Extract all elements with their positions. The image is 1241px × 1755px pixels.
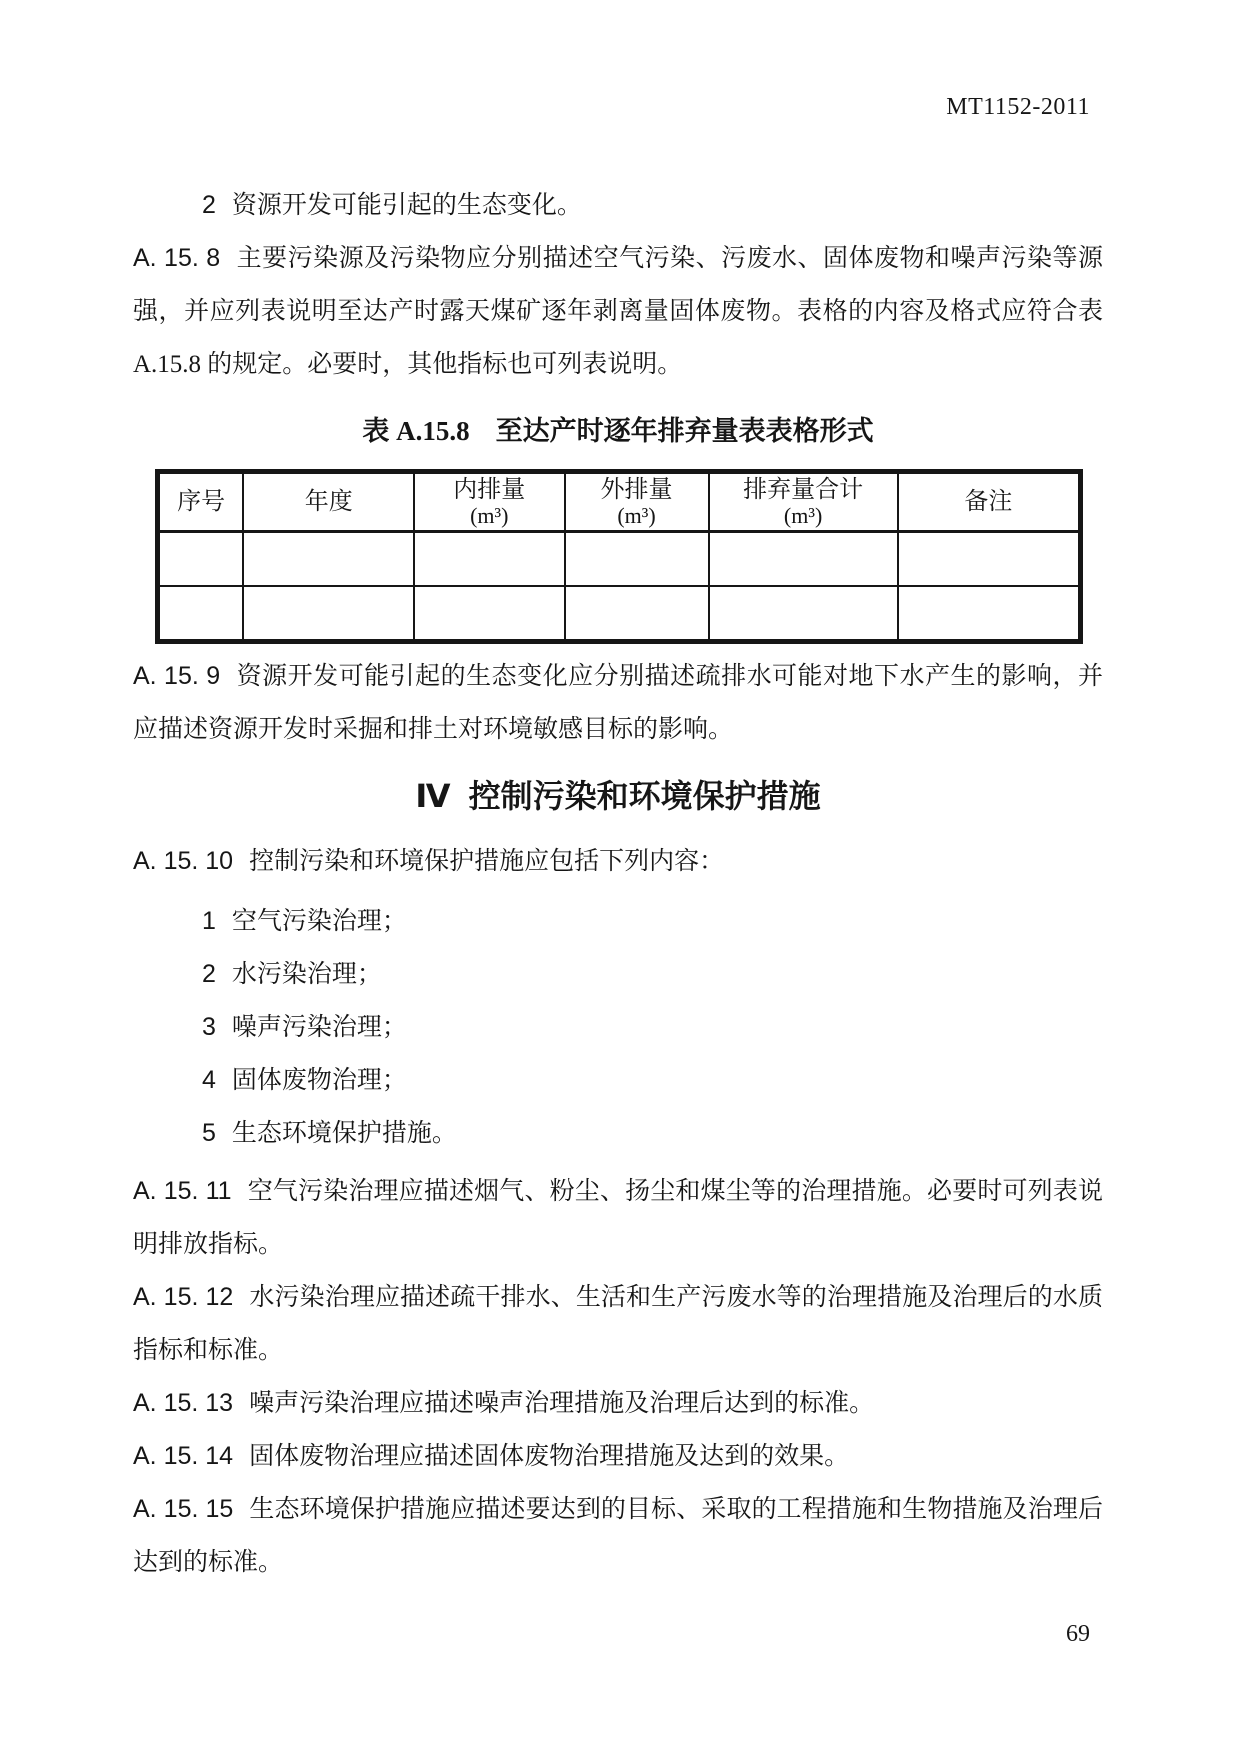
line-text: 水污染治理；	[232, 961, 382, 988]
list-item-number: 5	[202, 1119, 216, 1147]
col-header-seq: 序号	[158, 472, 244, 532]
document-page: MT1152-2011 2资源开发可能引起的生态变化。 A. 15. 8主要污染…	[0, 0, 1241, 1755]
table-row	[158, 532, 1081, 587]
clause-a1511-line2: 明排放指标。	[133, 1218, 1103, 1271]
line-text: 应描述资源开发时采掘和排土对环境敏感目标的影响。	[133, 716, 733, 743]
line-text: A.15.8 的规定。必要时，其他指标也可列表说明。	[133, 351, 682, 378]
col-header-label: 年度	[305, 489, 353, 515]
table-cell-empty	[709, 586, 898, 642]
clause-a1513-line: A. 15. 13噪声污染治理应描述噪声治理措施及治理后达到的标准。	[133, 1377, 1103, 1430]
table-title-text: 至达产时逐年排弃量表表格形式	[496, 416, 874, 446]
section-heading: Ⅳ控制污染和环境保护措施	[133, 768, 1103, 824]
table-cell-empty	[565, 586, 709, 642]
line-text: 明排放指标。	[133, 1231, 283, 1258]
clause-a1515-line1: A. 15. 15生态环境保护措施应描述要达到的目标、采取的工程措施和生物措施及…	[133, 1483, 1103, 1536]
clause-number: A. 15. 11	[133, 1177, 232, 1205]
list-item-2: 2水污染治理；	[133, 948, 1103, 1001]
line-text: 生态环境保护措施应描述要达到的目标、采取的工程措施和生物措施及治理后	[249, 1496, 1103, 1523]
table-cell-empty	[243, 532, 414, 587]
col-header-outer-discharge: 外排量(m³)	[565, 472, 709, 532]
clause-a158-line1: A. 15. 8主要污染源及污染物应分别描述空气污染、污废水、固体废物和噪声污染…	[133, 232, 1103, 285]
line-text: 噪声污染治理；	[232, 1014, 407, 1041]
section-heading-text: 控制污染和环境保护措施	[469, 778, 821, 814]
table-cell-empty	[158, 586, 244, 642]
clause-a1511-line1: A. 15. 11空气污染治理应描述烟气、粉尘、扬尘和煤尘等的治理措施。必要时可…	[133, 1165, 1103, 1218]
clause-number: A. 15. 13	[133, 1389, 233, 1417]
clause-number: A. 15. 14	[133, 1442, 233, 1470]
table-title-label: 表 A.15.8	[362, 416, 469, 446]
line-text: 达到的标准。	[133, 1549, 283, 1576]
table-title: 表 A.15.8至达产时逐年排弃量表表格形式	[133, 405, 1103, 457]
table-cell-empty	[898, 532, 1081, 587]
table-cell-empty	[898, 586, 1081, 642]
clause-a158-line3: A.15.8 的规定。必要时，其他指标也可列表说明。	[133, 338, 1103, 391]
table-cell-empty	[414, 532, 564, 587]
line-text: 控制污染和环境保护措施应包括下列内容：	[249, 848, 724, 875]
line-text: 资源开发可能引起的生态变化应分别描述疏排水可能对地下水产生的影响，并	[236, 663, 1103, 690]
col-header-unit: (m³)	[566, 504, 708, 528]
line-text: 空气污染治理；	[232, 908, 407, 935]
col-header-label: 内排量	[453, 477, 525, 503]
line-text: 固体废物治理；	[232, 1067, 407, 1094]
clause-a158-line2: 强，并应列表说明至达产时露天煤矿逐年剥离量固体废物。表格的内容及格式应符合表	[133, 285, 1103, 338]
list-item-3: 3噪声污染治理；	[133, 1001, 1103, 1054]
paragraph-line: 2资源开发可能引起的生态变化。	[133, 179, 1103, 232]
line-text: 水污染治理应描述疏干排水、生活和生产污废水等的治理措施及治理后的水质	[249, 1284, 1103, 1311]
table-row	[158, 586, 1081, 642]
table-cell-empty	[565, 532, 709, 587]
col-header-unit: (m³)	[710, 504, 897, 528]
col-header-label: 备注	[964, 489, 1012, 515]
col-header-inner-discharge: 内排量(m³)	[414, 472, 564, 532]
col-header-label: 序号	[177, 489, 225, 515]
list-item-number: 3	[202, 1013, 216, 1041]
col-header-remarks: 备注	[898, 472, 1081, 532]
list-item-number: 1	[202, 907, 216, 935]
clause-a1514-line: A. 15. 14固体废物治理应描述固体废物治理措施及达到的效果。	[133, 1430, 1103, 1483]
discharge-table: 序号 年度 内排量(m³) 外排量(m³) 排弃量合计(m³) 备注	[155, 469, 1083, 644]
page-content: 2资源开发可能引起的生态变化。 A. 15. 8主要污染源及污染物应分别描述空气…	[133, 0, 1103, 1589]
line-text: 生态环境保护措施。	[232, 1120, 457, 1147]
col-header-label: 排弃量合计	[743, 477, 863, 503]
col-header-total-discharge: 排弃量合计(m³)	[709, 472, 898, 532]
clause-a159-line2: 应描述资源开发时采掘和排土对环境敏感目标的影响。	[133, 703, 1103, 756]
col-header-label: 外排量	[601, 477, 673, 503]
table-cell-empty	[158, 532, 244, 587]
line-text: 强，并应列表说明至达产时露天煤矿逐年剥离量固体废物。表格的内容及格式应符合表	[133, 298, 1103, 325]
line-text: 指标和标准。	[133, 1337, 283, 1364]
section-numeral: Ⅳ	[415, 778, 450, 814]
table-cell-empty	[243, 586, 414, 642]
clause-a1512-line1: A. 15. 12水污染治理应描述疏干排水、生活和生产污废水等的治理措施及治理后…	[133, 1271, 1103, 1324]
clause-a1515-line2: 达到的标准。	[133, 1536, 1103, 1589]
line-text: 噪声污染治理应描述噪声治理措施及治理后达到的标准。	[249, 1390, 874, 1417]
clause-number: A. 15. 15	[133, 1495, 233, 1523]
table-header-row: 序号 年度 内排量(m³) 外排量(m³) 排弃量合计(m³) 备注	[158, 472, 1081, 532]
clause-number: A. 15. 9	[133, 662, 220, 690]
table-cell-empty	[414, 586, 564, 642]
clause-number: A. 15. 10	[133, 847, 233, 875]
list-item-number: 4	[202, 1066, 216, 1094]
clause-number: A. 15. 8	[133, 244, 220, 272]
page-number: 69	[1066, 1620, 1090, 1648]
line-text: 资源开发可能引起的生态变化。	[232, 192, 582, 219]
col-header-unit: (m³)	[415, 504, 563, 528]
line-text: 主要污染源及污染物应分别描述空气污染、污废水、固体废物和噪声污染等源	[236, 245, 1103, 272]
clause-a1510-line: A. 15. 10控制污染和环境保护措施应包括下列内容：	[133, 835, 1103, 888]
list-item-4: 4固体废物治理；	[133, 1054, 1103, 1107]
line-text: 固体废物治理应描述固体废物治理措施及达到的效果。	[249, 1443, 849, 1470]
clause-a159-line1: A. 15. 9资源开发可能引起的生态变化应分别描述疏排水可能对地下水产生的影响…	[133, 650, 1103, 703]
list-item-number: 2	[202, 960, 216, 988]
clause-number: A. 15. 12	[133, 1283, 233, 1311]
list-item-1: 1空气污染治理；	[133, 895, 1103, 948]
line-text: 空气污染治理应描述烟气、粉尘、扬尘和煤尘等的治理措施。必要时可列表说	[248, 1178, 1103, 1205]
table-cell-empty	[709, 532, 898, 587]
col-header-year: 年度	[243, 472, 414, 532]
clause-a1512-line2: 指标和标准。	[133, 1324, 1103, 1377]
list-item-number: 2	[202, 191, 216, 219]
list-item-5: 5生态环境保护措施。	[133, 1107, 1103, 1160]
